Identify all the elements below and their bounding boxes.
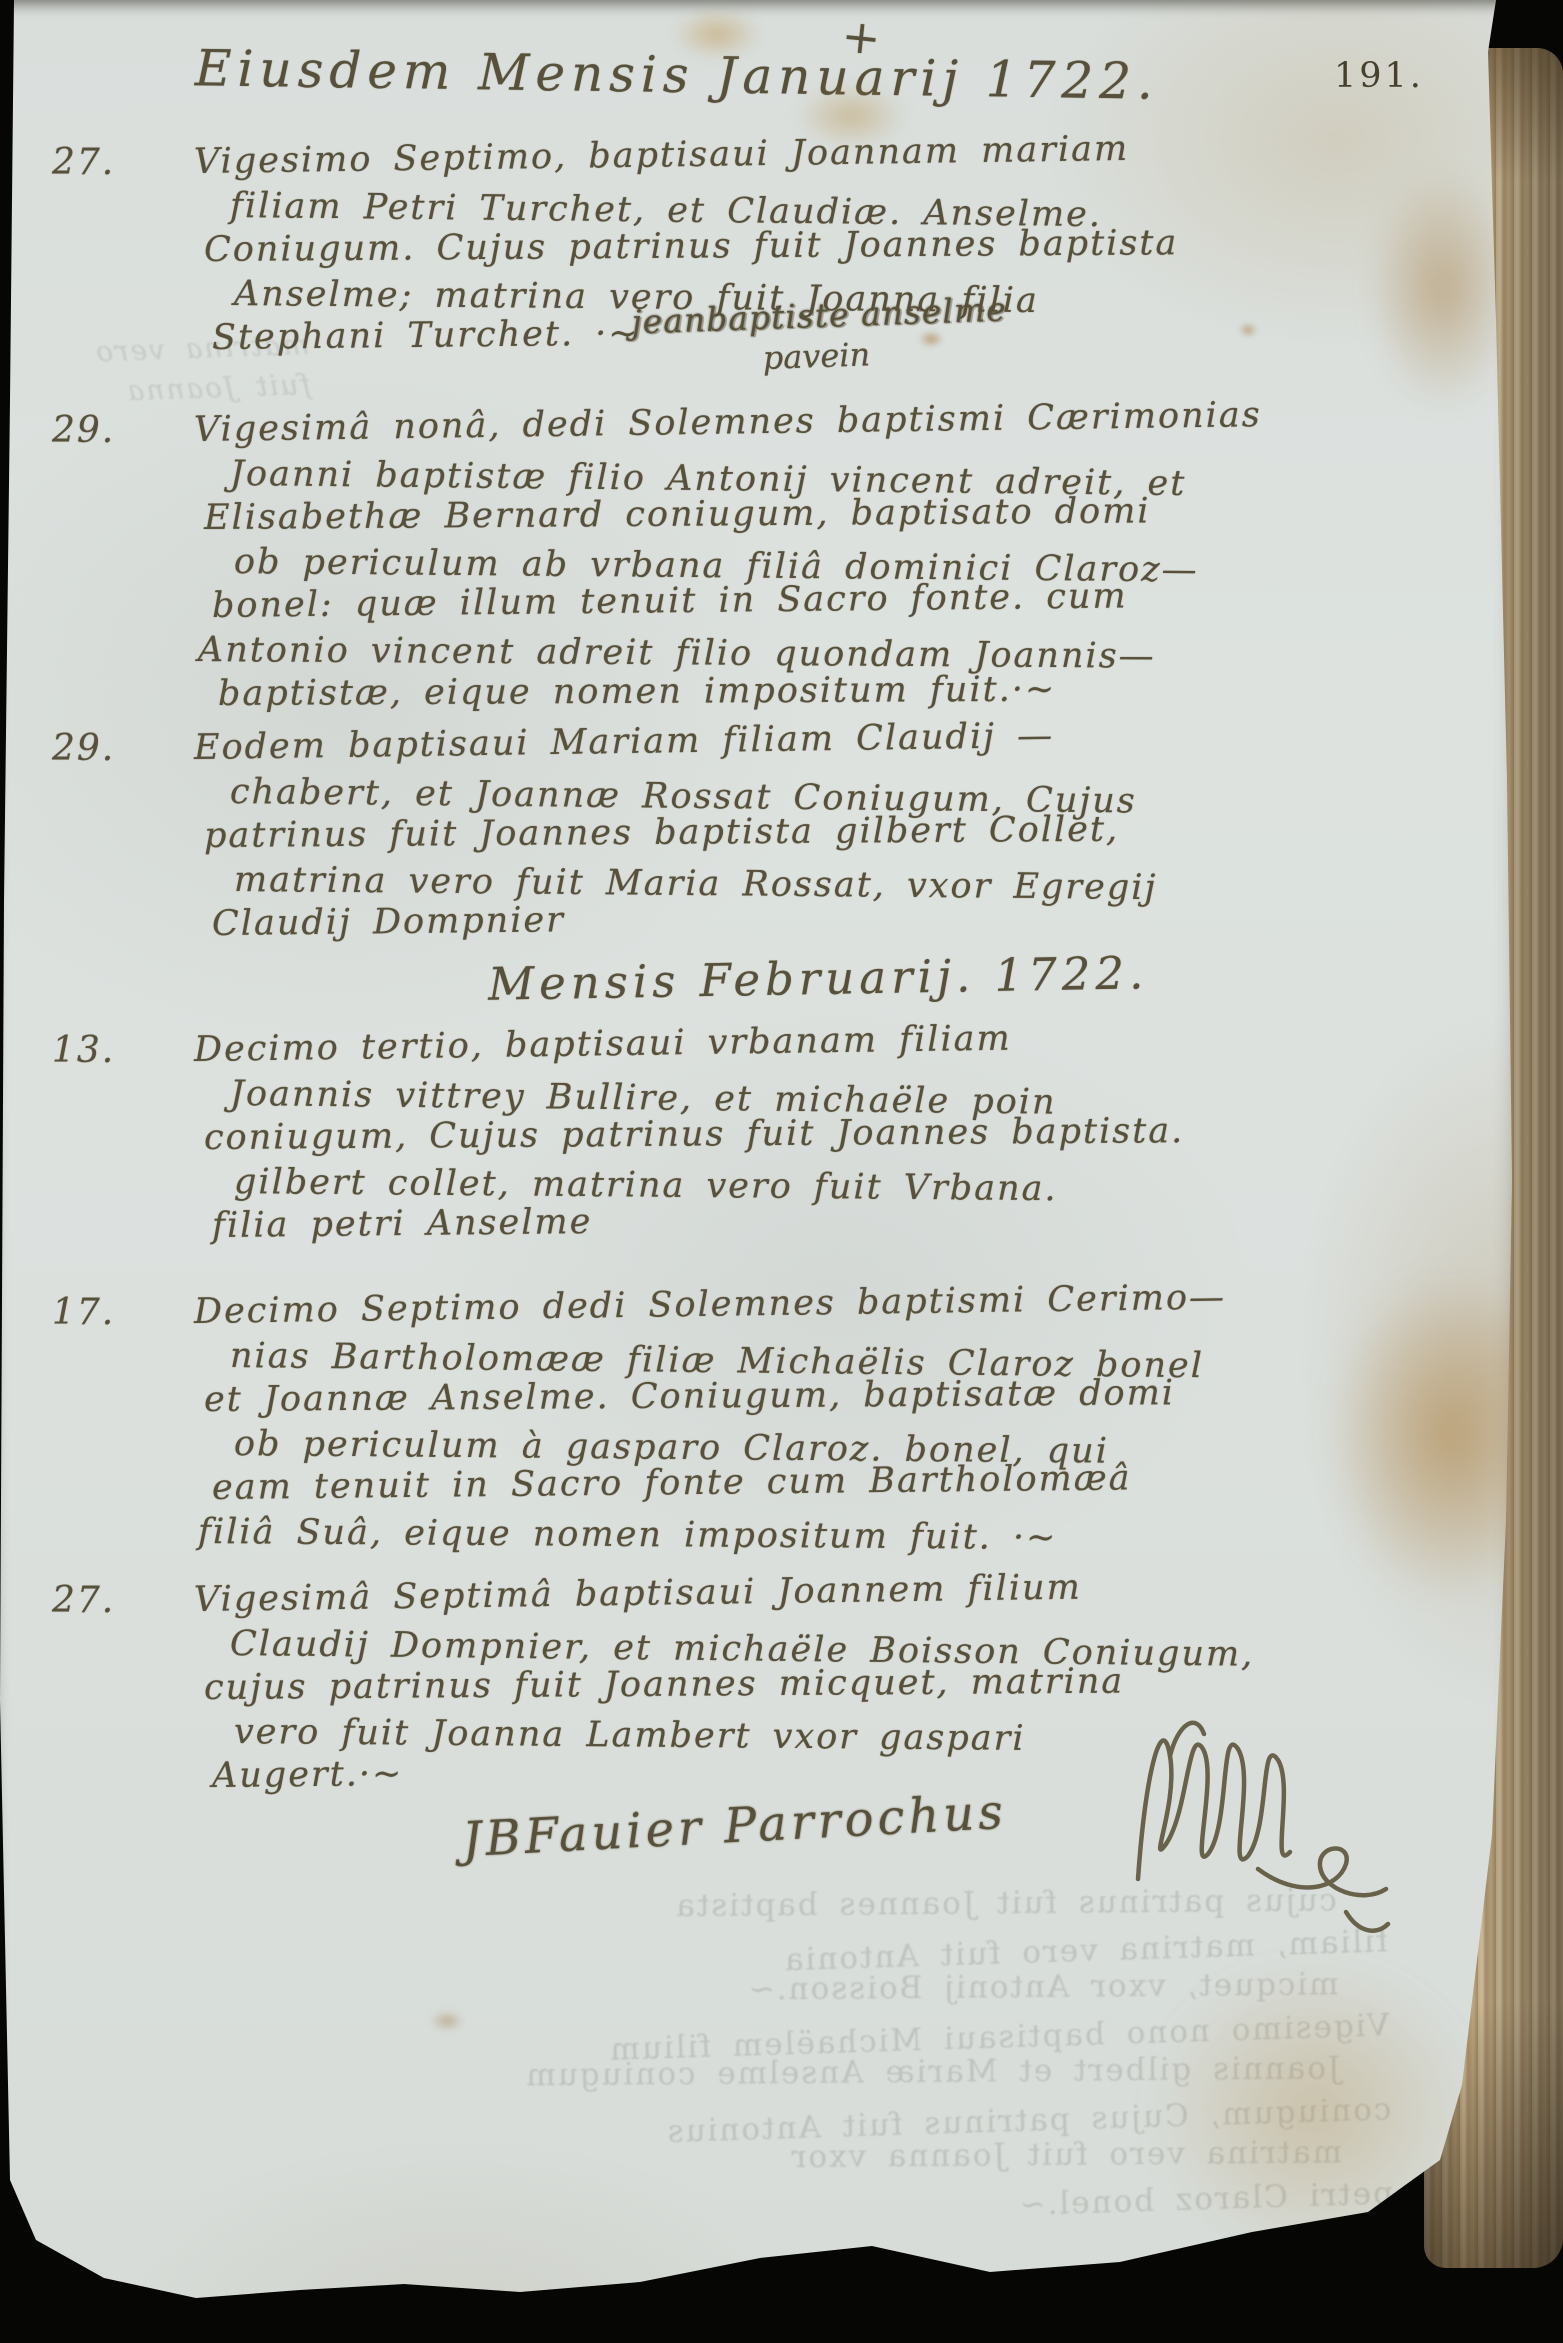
entry-day-number: 17. <box>52 1292 115 1333</box>
manuscript-scan: matrina vero fuit Joanna + 191. Eiusdem … <box>0 0 1563 2343</box>
entry-line: et Joannæ Anselme. Coniugum, baptisatæ d… <box>204 1369 1464 1422</box>
bleedthrough-line: petri Claroz bonel.~ <box>73 2172 1394 2255</box>
bleedthrough-line: cujus patrinus fuit Joannes baptista <box>67 1879 1337 1932</box>
entry-line: Vigesimâ Septimâ baptisaui Joannem filiu… <box>194 1560 1464 1622</box>
baptism-entry: 17. Decimo Septimo dedi Solemnes baptism… <box>44 1290 1464 1554</box>
entry-day-number: 29. <box>52 728 115 769</box>
entry-line: Eodem baptisaui Mariam filiam Claudij — <box>194 708 1464 770</box>
month-header-february: Mensis Februarij. 1722. <box>488 946 1149 1011</box>
baptism-entry: 29. Vigesimâ nonâ, dedi Solemnes baptism… <box>44 408 1464 716</box>
baptism-entry: 13. Decimo tertio, baptisaui vrbanam fil… <box>44 1028 1464 1248</box>
godparent-signature: jeanbaptiste anselme pavein <box>631 289 1009 381</box>
entry-line: Coniugum. Cujus patrinus fuit Joannes ba… <box>204 219 1464 272</box>
entry-line: Decimo tertio, baptisaui vrbanam filiam <box>194 1010 1464 1072</box>
entry-day-number: 29. <box>52 410 115 451</box>
entry-text: Vigesimâ nonâ, dedi Solemnes baptismi Cæ… <box>172 408 1464 716</box>
entry-line: patrinus fuit Joannes baptista gilbert C… <box>204 805 1464 858</box>
entry-line: Vigesimâ nonâ, dedi Solemnes baptismi Cæ… <box>194 390 1464 452</box>
page-number: 191. <box>1334 56 1424 96</box>
godparent-signature-name: pavein <box>762 330 1009 377</box>
entry-day-number: 13. <box>52 1030 115 1071</box>
entry-day-number: 27. <box>52 142 115 183</box>
entry-text: Eodem baptisaui Mariam filiam Claudij — … <box>172 726 1464 946</box>
entry-text: Decimo Septimo dedi Solemnes baptismi Ce… <box>172 1290 1464 1554</box>
entry-line: filiâ Suâ, eique nomen impositum fuit. ·… <box>198 1510 1464 1563</box>
entry-line: baptistæ, eique nomen impositum fuit.·~ <box>218 665 1464 716</box>
ink-bleedthrough: cujus patrinus fuit Joannes baptista fil… <box>67 1878 1404 2242</box>
manuscript-page: matrina vero fuit Joanna + 191. Eiusdem … <box>0 0 1520 2343</box>
entry-line: Elisabethæ Bernard coniugum, baptisato d… <box>204 487 1464 540</box>
entry-line: Vigesimo Septimo, baptisaui Joannam mari… <box>194 122 1464 184</box>
entry-line: Decimo Septimo dedi Solemnes baptismi Ce… <box>194 1272 1464 1334</box>
entry-day-number: 27. <box>52 1580 115 1621</box>
entry-line: coniugum, Cujus patrinus fuit Joannes ba… <box>204 1107 1464 1160</box>
entry-text: Decimo tertio, baptisaui vrbanam filiam … <box>172 1028 1464 1248</box>
month-header-january: Eiusdem Mensis Januarij 1722. <box>195 39 1160 110</box>
baptism-entry: 29. Eodem baptisaui Mariam filiam Claudi… <box>44 726 1464 946</box>
